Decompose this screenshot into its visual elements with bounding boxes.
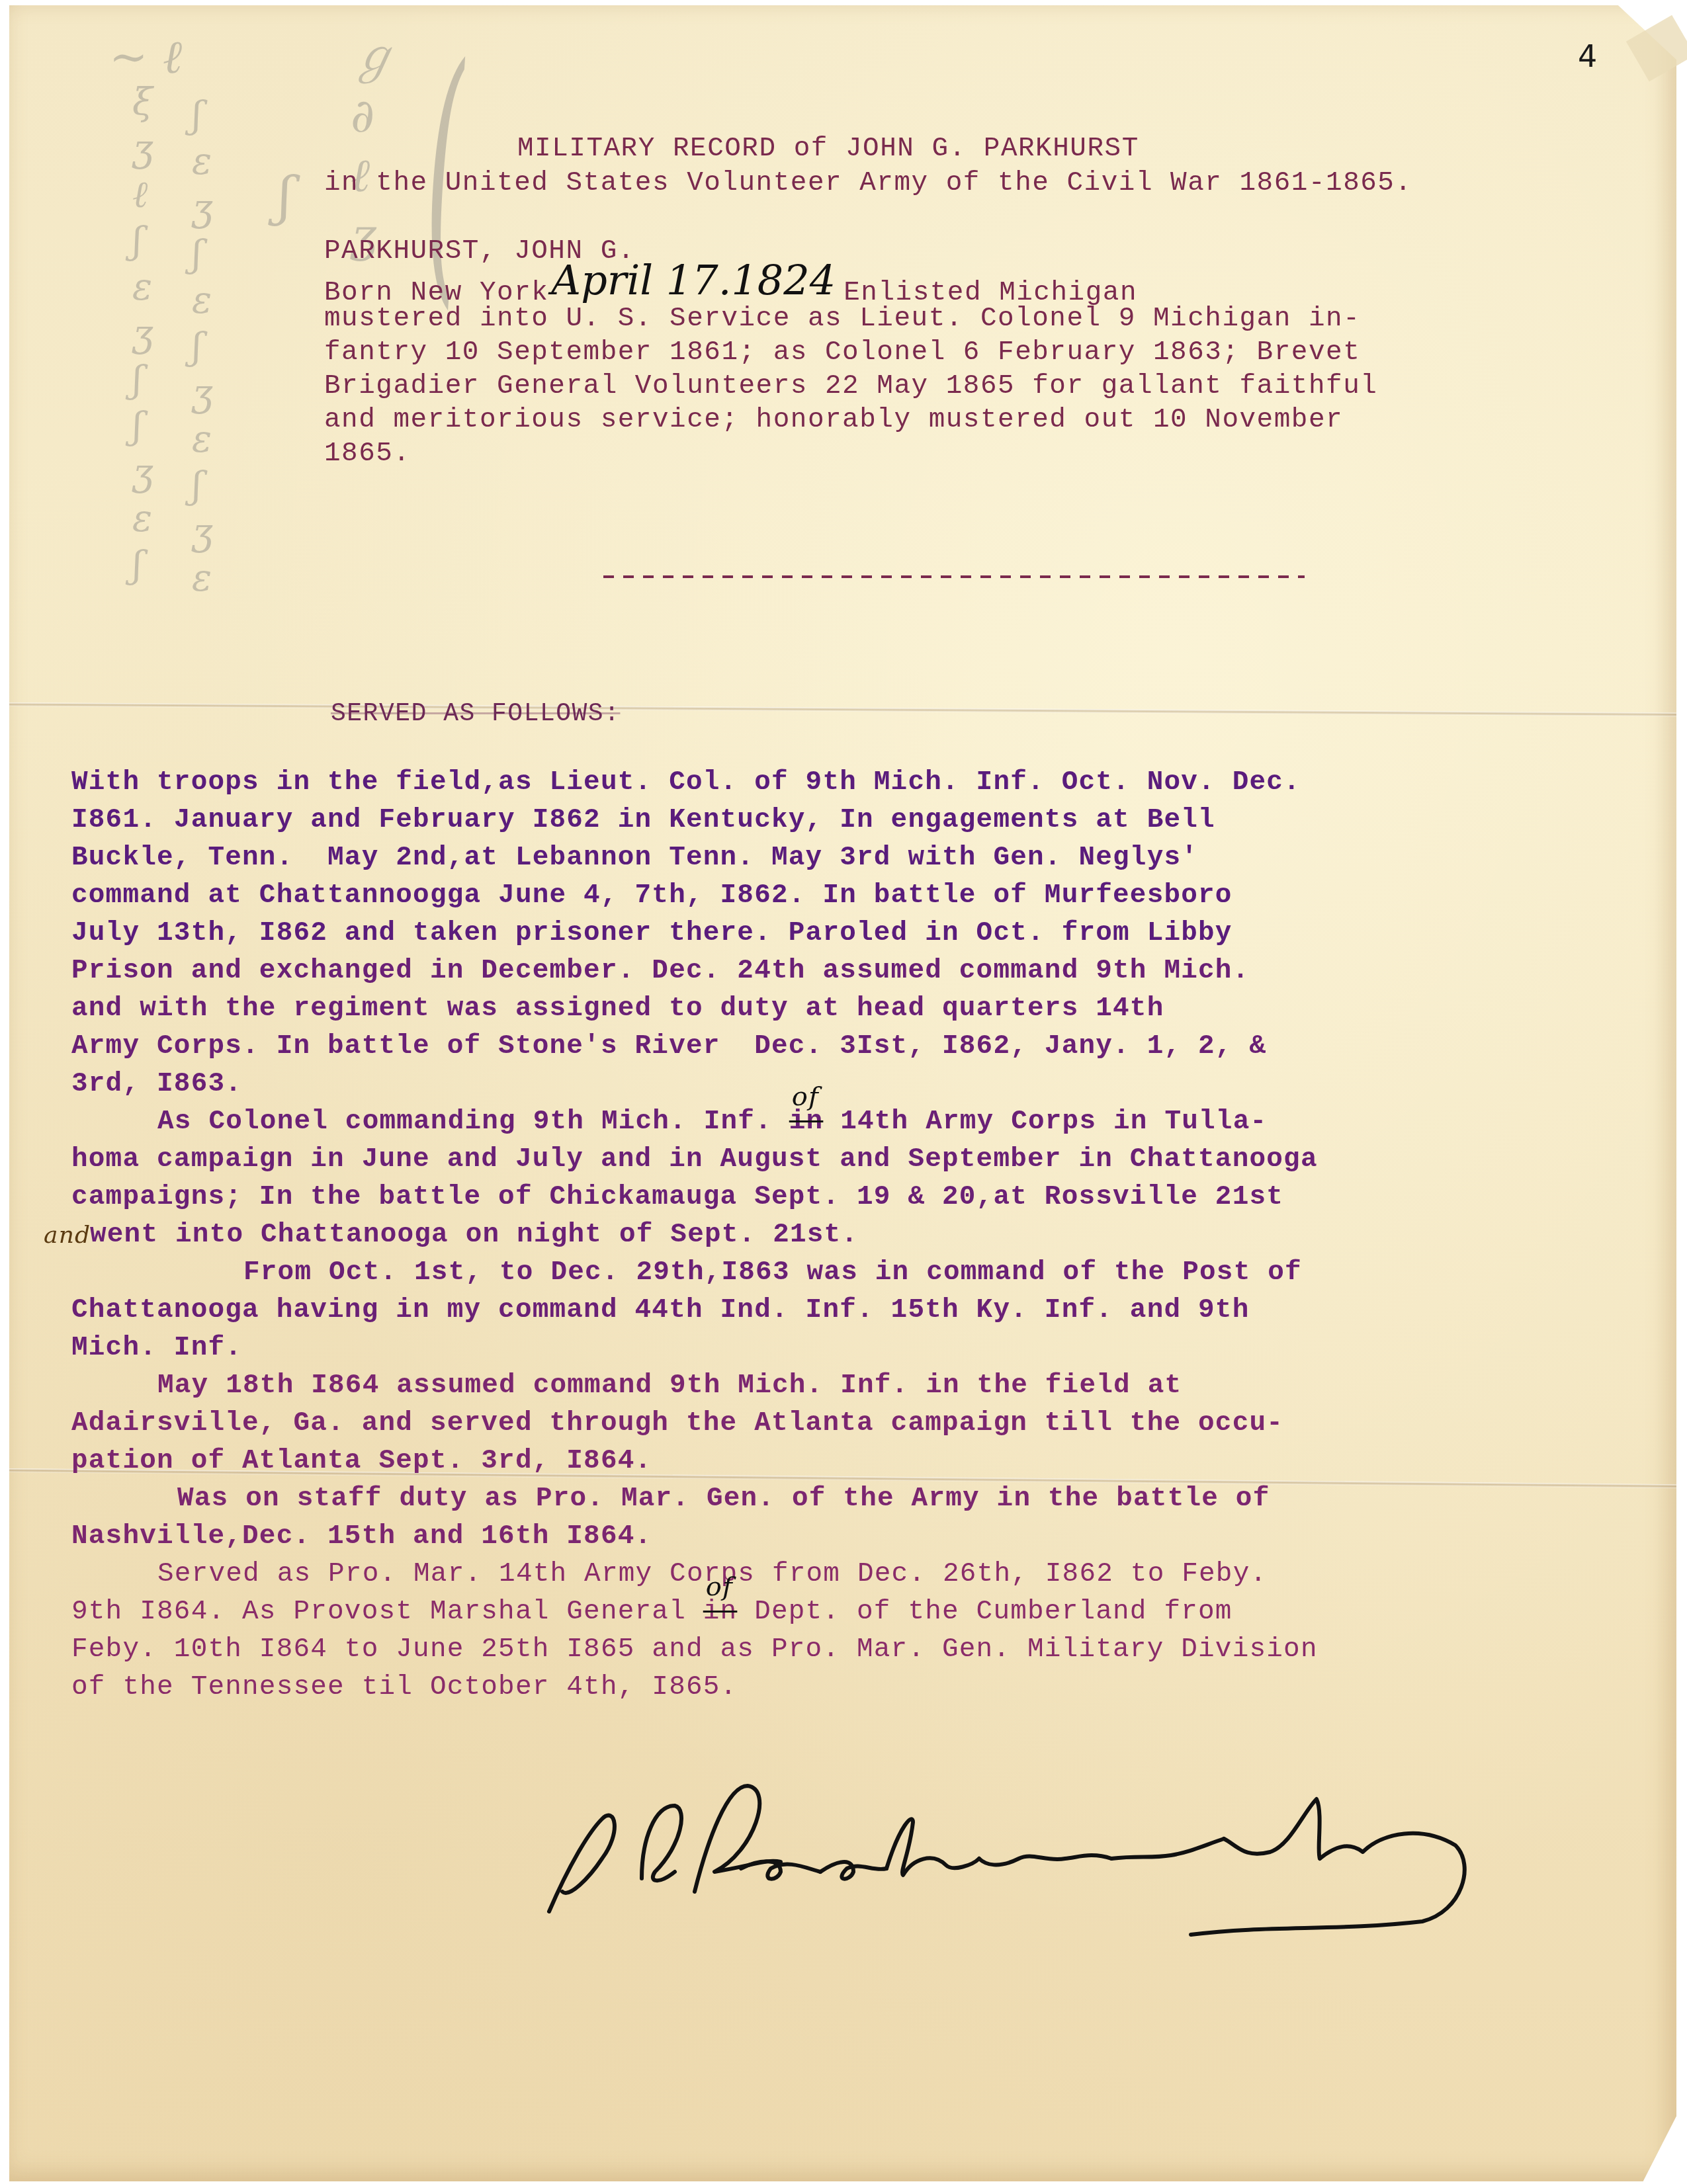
text-span: 9th I864. As Provost Marshal General (71, 1597, 703, 1627)
record-summary: PARKHURST, JOHN G. Born New YorkApril 17… (324, 235, 1377, 471)
record-line: 1865. (324, 437, 1377, 471)
record-line: and meritorious service; honorably muste… (324, 403, 1377, 437)
narrative-line: 9th I864. As Provost Marshal General ino… (71, 1593, 1560, 1631)
narrative-line: July 13th, I862 and taken prisoner there… (71, 915, 1560, 952)
text-span: Dept. of the Cumberland from (737, 1597, 1232, 1627)
narrative-line: command at Chattannoogga June 4, 7th, I8… (71, 877, 1560, 915)
narrative-line: As Colonel commanding 9th Mich. Inf. ino… (71, 1103, 1560, 1141)
narrative-line: With troops in the field,as Lieut. Col. … (71, 764, 1560, 802)
narrative-line: May 18th I864 assumed command 9th Mich. … (71, 1367, 1560, 1405)
page-number: 4 (1578, 38, 1597, 74)
document-subtitle: in the United States Volunteer Army of t… (324, 167, 1412, 200)
correction-word: of (792, 1078, 819, 1116)
narrative-line: From Oct. 1st, to Dec. 29th,I863 was in … (71, 1254, 1560, 1292)
narrative-line: andwent into Chattanooga on night of Sep… (71, 1216, 1560, 1254)
document-title: MILITARY RECORD of JOHN G. PARKHURST (517, 132, 1139, 165)
handwritten-birthdate: April 17.1824 (551, 256, 836, 304)
narrative-line: Buckle, Tenn. May 2nd,at Lebannon Tenn. … (71, 839, 1560, 877)
text-span: went into Chattanooga on night of Sept. … (71, 1220, 858, 1250)
record-birth-line: Born New YorkApril 17.1824Enlisted Michi… (324, 269, 1377, 302)
text-span: 14th Army Corps in Tulla- (823, 1107, 1267, 1137)
narrative-line: Adairsville, Ga. and served through the … (71, 1405, 1560, 1443)
handwritten-correction: inof (703, 1593, 738, 1631)
signature (542, 1759, 1482, 1951)
narrative-line: and with the regiment was assigned to du… (71, 990, 1560, 1028)
text-span: As Colonel commanding 9th Mich. Inf. (157, 1107, 789, 1137)
record-line: fantry 10 September 1861; as Colonel 6 F… (324, 336, 1377, 370)
narrative-line: Army Corps. In battle of Stone's River D… (71, 1028, 1560, 1066)
narrative-line: Mich. Inf. (71, 1329, 1560, 1367)
record-name: PARKHURST, JOHN G. (324, 235, 1377, 269)
served-heading: SERVED AS FOLLOWS: (331, 700, 620, 728)
narrative-line: of the Tennessee til October 4th, I865. (71, 1669, 1560, 1706)
handwritten-correction: inof (789, 1103, 824, 1141)
narrative-line: Nashville,Dec. 15th and 16th I864. (71, 1518, 1560, 1556)
narrative-line: campaigns; In the battle of Chickamauga … (71, 1179, 1560, 1216)
narrative-line: Was on staff duty as Pro. Mar. Gen. of t… (71, 1480, 1560, 1518)
record-line: Brigadier General Volunteers 22 May 1865… (324, 370, 1377, 403)
correction-word: of (706, 1568, 733, 1606)
handwritten-margin-insert: and (44, 1216, 91, 1254)
record-line: mustered into U. S. Service as Lieut. Co… (324, 302, 1377, 336)
narrative-line: Feby. 10th I864 to June 25th I865 and as… (71, 1631, 1560, 1669)
narrative-line: I861. January and February I862 in Kentu… (71, 802, 1560, 839)
narrative-line: pation of Atlanta Sept. 3rd, I864. (71, 1443, 1560, 1480)
dashed-separator (603, 575, 1305, 578)
narrative-line: homa campaign in June and July and in Au… (71, 1141, 1560, 1179)
narrative-line: Prison and exchanged in December. Dec. 2… (71, 952, 1560, 990)
service-narrative: With troops in the field,as Lieut. Col. … (71, 764, 1560, 1706)
narrative-line: Chattanooga having in my command 44th In… (71, 1292, 1560, 1329)
narrative-line: Served as Pro. Mar. 14th Army Corps from… (71, 1556, 1560, 1593)
